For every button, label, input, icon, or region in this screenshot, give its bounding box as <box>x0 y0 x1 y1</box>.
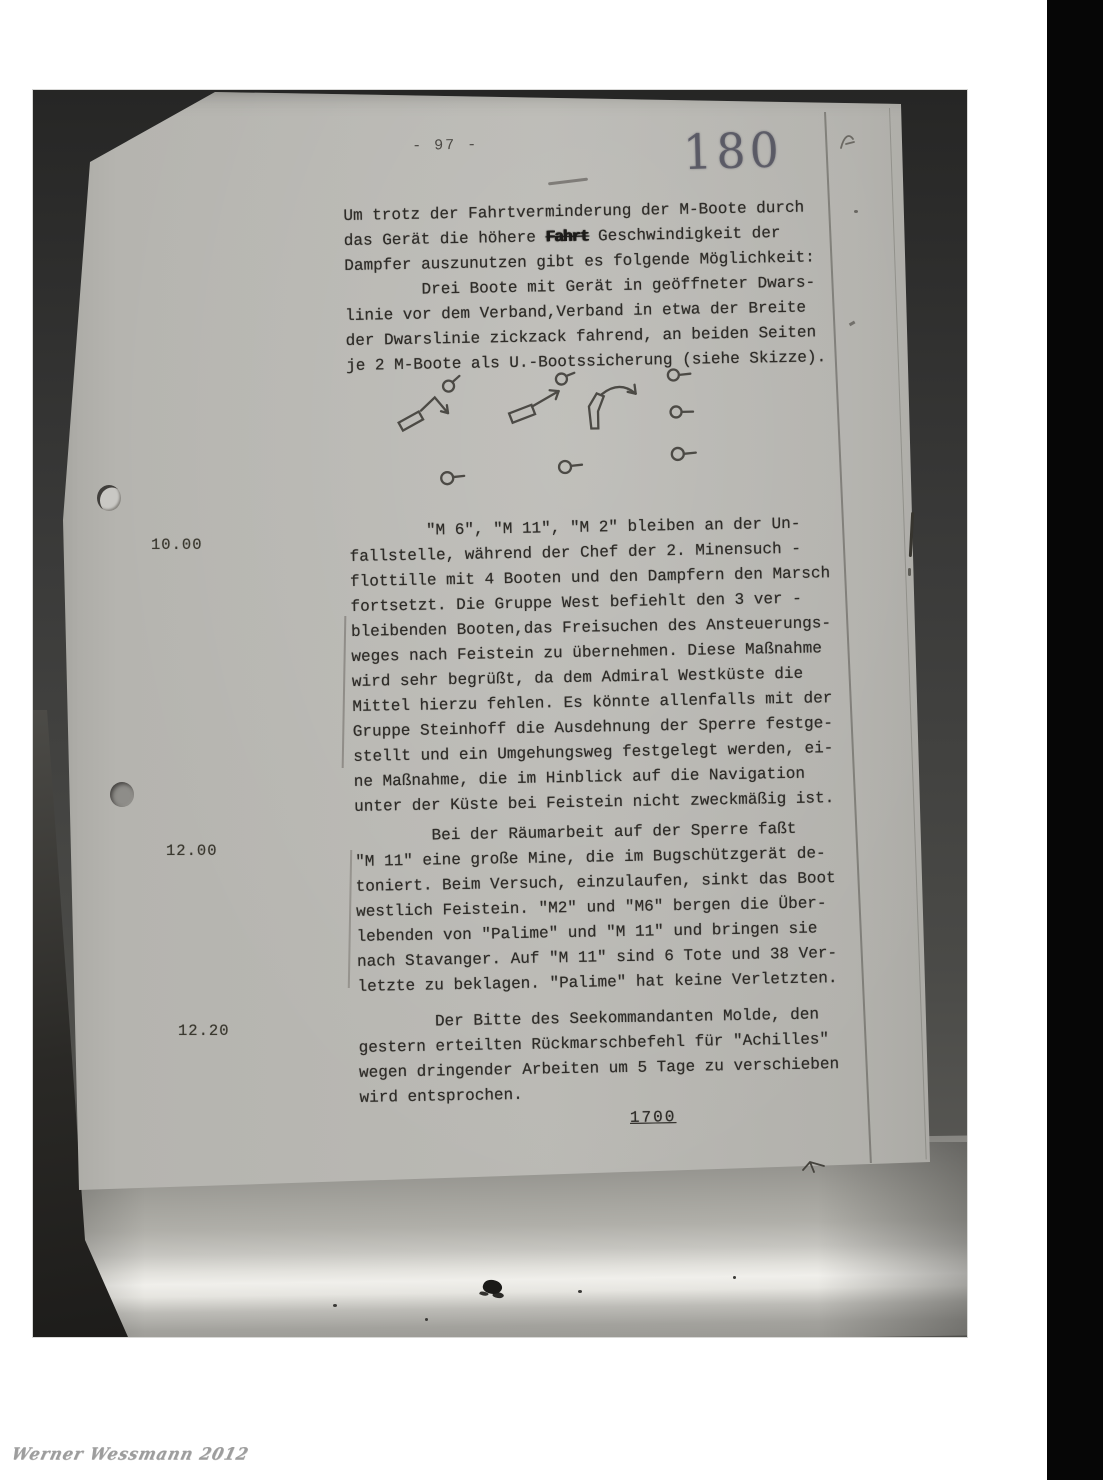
escort-boat-symbol <box>559 461 571 473</box>
paragraph-intro: Um trotz der Fahrtverminderung der M-Boo… <box>343 195 826 379</box>
document-photo: 180 10.00 12.00 12.20 - 97 - Um trotz de… <box>33 90 967 1337</box>
dust-speck <box>333 1304 337 1307</box>
overstruck-word: Fahrt <box>545 228 588 247</box>
ship-symbol <box>589 393 605 428</box>
footer-time: 1700 <box>630 1105 677 1131</box>
text-segment: das Gerät die höhere <box>344 228 546 250</box>
dust-speck <box>425 1318 428 1321</box>
margin-time-1220: 12.20 <box>178 1022 230 1040</box>
punch-hole-top <box>97 485 121 511</box>
escort-boat-symbol <box>441 472 453 484</box>
escort-boat-symbol <box>670 406 681 417</box>
paragraph-1200-entry: Bei der Räumarbeit auf der Sperre faßt "… <box>355 816 838 1000</box>
escort-boat-symbol <box>672 448 684 460</box>
escort-boat-symbol <box>556 373 567 384</box>
escort-boat-symbol <box>668 369 679 380</box>
dust-speck <box>733 1276 736 1279</box>
ship-symbol <box>399 412 423 431</box>
typewritten-content: - 97 - Um trotz der Fahrtverminderung de… <box>334 121 928 1191</box>
scanned-war-diary-page: 180 10.00 12.00 12.20 - 97 - Um trotz de… <box>0 0 1103 1480</box>
scan-black-border <box>1047 0 1103 1480</box>
dust-speck <box>578 1290 582 1293</box>
formation-sketch <box>376 364 723 502</box>
ship-symbol <box>509 405 535 423</box>
paragraph-1000-entry: "M 6", "M 11", "M 2" bleiben an der Un- … <box>349 511 834 820</box>
margin-time-1000: 10.00 <box>151 536 203 554</box>
margin-time-1200: 12.00 <box>166 842 218 860</box>
page-number: - 97 - <box>412 133 478 159</box>
text-lines: Dampfer auszunutzen gibt es folgende Mög… <box>344 245 826 379</box>
text-segment: Geschwindigkeit der <box>588 224 780 246</box>
paragraph-1220-entry: Der Bitte des Seekommandanten Molde, den… <box>358 1002 840 1111</box>
punch-hole-bottom <box>110 782 134 807</box>
collector-watermark-signature: Werner Wessmann 2012 <box>10 1444 252 1464</box>
